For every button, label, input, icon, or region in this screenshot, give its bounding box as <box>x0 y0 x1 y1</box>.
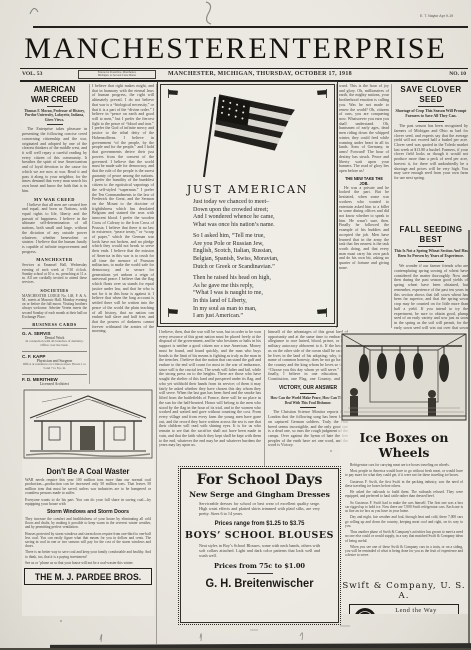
pardee-coal-ad: Don't Be A Coal Waster WAR needs require… <box>22 388 154 616</box>
just-american-panel: JUST AMERICAN Just today we chanced to m… <box>160 84 335 324</box>
column-body-text: I believe that right makes might, and th… <box>92 84 154 384</box>
american-flag-illustration <box>195 93 305 179</box>
speck <box>200 40 202 42</box>
ad-body: Gustavus F. Swift, the first Swift in th… <box>345 480 463 488</box>
article-body: We wonder if our farmer friends who are … <box>394 264 468 330</box>
ad-body: Serviceable dresses for school or best w… <box>199 502 320 517</box>
article-subtitle: Shortage of Crop This Season Will Prompt… <box>394 109 468 119</box>
ad-body: When you see one of these Swift & Compan… <box>345 545 463 558</box>
newspaper-page: E. T. Naylor Apr 9-19 MANCHESTER ENTERPR… <box>0 0 471 650</box>
divider <box>418 261 444 262</box>
page-edge <box>468 230 470 648</box>
business-card: C. F. KAPP Physician and Surgeon Office … <box>22 351 87 374</box>
divider <box>247 573 273 574</box>
ad-body: Thus another phase of Swift & Company's … <box>345 530 463 543</box>
ad-body: WAR needs require this year 100 million … <box>25 478 151 496</box>
article-body: himself of the advantages of this great … <box>268 330 348 382</box>
refrigerator-car-illustration <box>340 332 468 422</box>
subhead-manchester: MANCHESTER <box>22 257 87 262</box>
ad-firm-name: THE M. J. PARDEE BROS. <box>30 571 146 582</box>
directory-listing: Services at Emanuel Hall, Wednesday even… <box>22 263 87 284</box>
article-headline: VICTORY, OUR ANSWER <box>271 385 345 391</box>
flag-icon <box>167 308 179 317</box>
ad-body: Houses protected by storm windows and st… <box>25 532 151 549</box>
entry-note: Entered at Postoffice, Manchester, Michi… <box>78 70 156 79</box>
right-column: SAVE CLOVER SEED Shortage of Crop This S… <box>394 84 468 330</box>
article-body: The Christian Science Monitor reports fr… <box>268 410 348 448</box>
masthead-title-left: MANCHESTER <box>24 32 247 66</box>
poem-stanza-1: Just today we chanced to meet– Down upon… <box>193 199 323 230</box>
top-rule <box>33 26 468 28</box>
article-subtitle: How Can the World Make Peace, How Can Th… <box>268 396 348 405</box>
ad-price-line: Prices range from $1.25 to $3.75 <box>187 520 331 527</box>
ad-headline: Don't Be A Coal Waster <box>27 467 148 476</box>
volume-label: VOL. 53 <box>22 71 42 77</box>
business-card: F. D. MERITHEW Licensed Architect Plans … <box>22 374 87 386</box>
societies-listing: MANCHESTER LODGE No. 148, F. & A. M., me… <box>22 294 87 319</box>
headline-save-clover-seed: SAVE CLOVER SEED <box>397 84 465 104</box>
ad-body: Most people in America would have to go … <box>345 469 463 477</box>
ad-body-block: Refrigerator cars for carrying meat are … <box>345 463 463 579</box>
ad-firm-name: G. H. Breitenwischer <box>187 576 331 590</box>
article-take-the-job: ward. This is the hour of joy and glory.… <box>339 84 389 330</box>
column-rule <box>391 84 392 328</box>
column-rule <box>89 84 90 384</box>
article-headline: AMERICAN WAR CREED <box>25 84 85 104</box>
ad-price-line: Prices from 75c to $1.00 <box>181 562 338 570</box>
dateline-row: VOL. 53 NO. 10 Entered at Postoffice, Ma… <box>20 70 468 80</box>
article-body: The Enterprise takes pleasure in present… <box>22 127 87 193</box>
dateline: MANCHESTER, MICHIGAN, THURSDAY, OCTOBER … <box>160 71 360 77</box>
ad-body: See us or ’phone us so that your house w… <box>25 561 151 565</box>
ad-body: There is no better way to save coal and … <box>25 550 151 558</box>
ad-body: He asked the railroads to build them. Th… <box>345 490 463 498</box>
article-body: I believe that all men are created free … <box>22 203 87 255</box>
article-body: ward. This is the hour of joy and glory.… <box>339 84 389 174</box>
business-card: G. A. SERVIS Dental Work In connection w… <box>22 328 87 351</box>
breitenwischer-school-ad: For School Days New Serge and Gingham Dr… <box>180 468 339 623</box>
masthead-title-right: ENTERPRISE <box>248 32 446 66</box>
column-rule <box>264 330 265 466</box>
swift-ice-boxes-ad: Ice Boxes on Wheels Refrigerator cars fo… <box>340 332 468 614</box>
pardee-firm-box: THE M. J. PARDEE BROS. <box>24 568 152 585</box>
pen-marks <box>18 0 248 26</box>
divider <box>47 124 63 125</box>
ad-body: Day and night, fair weather and foul, th… <box>345 515 463 528</box>
divider <box>300 407 316 408</box>
column-rule <box>336 84 337 328</box>
ad-headline: Ice Boxes on Wheels <box>340 430 468 460</box>
ad-body: They increase the comfort and healthfuln… <box>25 517 151 530</box>
poem-stanza-3: Then he raised his head on high, As he g… <box>193 275 323 321</box>
poem-stanza-2: So I asked him, “Tell me true, Are you P… <box>193 233 328 271</box>
divider <box>418 246 444 247</box>
poem-title: JUST AMERICAN <box>161 183 334 196</box>
article-victory-our-answer: himself of the advantages of this great … <box>268 330 348 466</box>
ad-body: So Gustavus F. Swift had to make the car… <box>345 501 463 514</box>
divider <box>300 393 316 394</box>
divider <box>47 106 63 107</box>
article-body: The past season has been recognized by f… <box>394 124 468 220</box>
ad-subhead: Storm Windows and Storm Doors <box>27 509 148 515</box>
liberty-bonds-text: Lend the Way They Fight Buy Liberty Bond… <box>377 607 455 614</box>
ad-subhead-dresses: New Serge and Gingham Dresses <box>181 490 338 499</box>
column-rule <box>156 84 157 644</box>
article-headline: THE NEW TAKE THE JOB. <box>341 176 387 186</box>
subhead-my-war-creed: MY WAR CREED <box>22 197 87 202</box>
flag-icon <box>167 89 179 98</box>
number-label: NO. 10 <box>449 71 466 77</box>
pen-marks <box>90 622 390 644</box>
corner-note: E. T. Naylor Apr 9-19 <box>420 14 453 18</box>
subhead-business-cards: BUSINESS CARDS <box>22 322 87 327</box>
headline-fall-seeding-best: FALL SEEDING BEST <box>397 224 465 244</box>
ad-body: Neat styles in Boy’s School Blouses, som… <box>199 544 320 559</box>
divider <box>418 121 444 122</box>
ad-subhead-blouses: BOYS’ SCHOOL BLOUSES <box>181 530 338 541</box>
ad-body: Everyone wants to do his part. You can d… <box>25 498 151 507</box>
masthead: MANCHESTER ENTERPRISE <box>24 30 447 68</box>
article-american-war-creed: AMERICAN WAR CREED Thomas F. Moran, Prof… <box>22 84 87 386</box>
ad-body: Refrigerator cars for carrying meat are … <box>345 463 463 467</box>
speck <box>330 450 332 452</box>
house-illustration <box>22 388 154 460</box>
divider <box>418 106 444 107</box>
article-subtitle: This Is Not a Spring Wheat Section And H… <box>394 249 468 259</box>
flag-icon <box>316 89 328 98</box>
speck <box>60 620 62 622</box>
article-byline: Thomas F. Moran, Professor of History, P… <box>22 109 87 122</box>
liberty-loan-emblem-icon <box>353 607 377 614</box>
subhead-societies: SOCIETIES <box>22 288 87 293</box>
dateline-rule <box>20 80 468 82</box>
article-body: He was a private and he looked the part.… <box>339 186 389 271</box>
ad-firm-name: Swift & Company, U. S. A. <box>340 581 468 601</box>
liberty-bonds-box: Lend the Way They Fight Buy Liberty Bond… <box>349 604 459 614</box>
ad-headline: For School Days <box>181 472 338 488</box>
